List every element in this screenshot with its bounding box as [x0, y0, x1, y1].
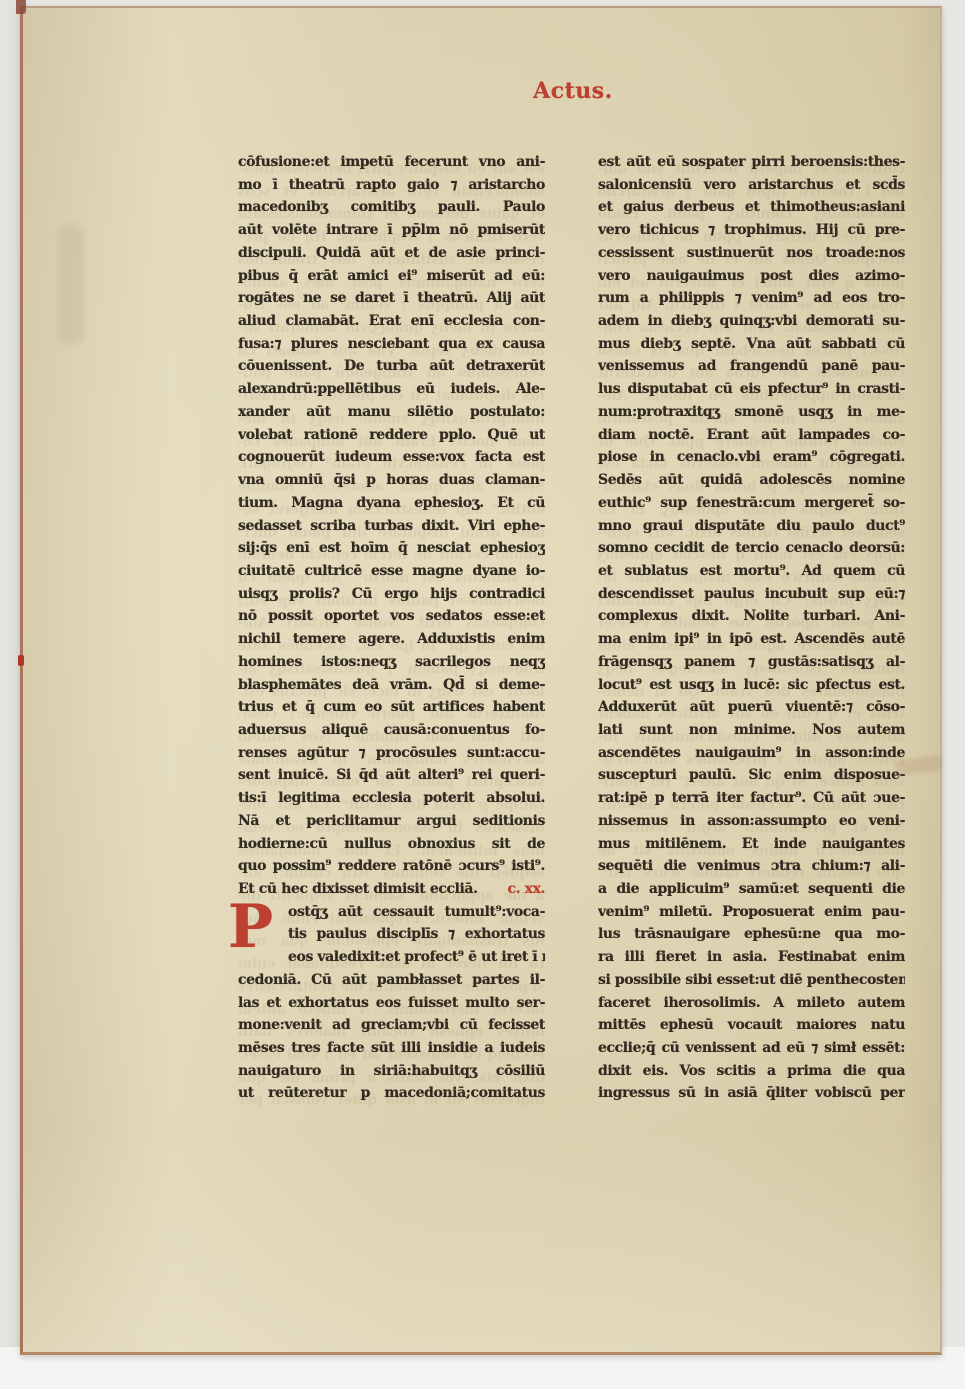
left-column-lines: cōfusione:et impetū fecerunt vno ani-mo … [238, 151, 545, 878]
text-line: lus trāsnauigare ephesū:ne qua mo- [598, 923, 905, 946]
text-line: ra illi fieret in asia. Festinabat enim [598, 946, 905, 969]
text-line: a die applicuim⁹ samū:et sequenti die [598, 878, 905, 901]
text-line: faceret iherosolimis. A mileto autem [598, 992, 905, 1015]
text-line: lati sunt non minime. Nos autem [598, 719, 905, 742]
right-text-column: est aūt eū sospater pirri beroensis:thes… [598, 151, 905, 1105]
text-line: ascendētes nauigauim⁹ in asson:inde [598, 742, 905, 765]
text-line: discipuli. Quidā aūt et de asie princi- [238, 242, 545, 265]
text-line: venim⁹ miletū. Proposuerat enim pau- [598, 901, 905, 924]
text-line: Nā et periclitamur argui seditionis [238, 810, 545, 833]
text-line: vero tichicus ⁊ trophimus. Hij cū pre- [598, 219, 905, 242]
text-line: mus mitilēnem. Et inde nauigantes [598, 833, 905, 856]
text-line: xander aūt manu silētio postulato: [238, 401, 545, 424]
text-line: si possibile sibi esset:ut diē penthecos… [598, 969, 905, 992]
text-line: quo possim⁹ reddere ratōnē ɔcurs⁹ isti⁹. [238, 855, 545, 878]
chapter-xx-paragraph: P ostq̄ʒ aūt cessauit tumult⁹:voca-tis p… [238, 901, 545, 1105]
text-line: aliud clamabāt. Erat enī ecclesia con- [238, 310, 545, 333]
running-header: Actus. [478, 78, 668, 104]
text-line: las et exhortatus eos fuisset multo ser- [238, 992, 545, 1015]
text-line: et sublatus est mortu⁹. Ad quem cū [598, 560, 905, 583]
text-line: mēses tres facte sūt illi insidie a iude… [238, 1037, 545, 1060]
text-line: mittēs ephesū vocauit maiores natu [598, 1014, 905, 1037]
text-line: adem in diebʒ quinqʒ:vbi demorati su- [598, 310, 905, 333]
text-line: descendisset paulus incubuit sup eū:⁊ [598, 583, 905, 606]
text-line: blasphemātes deā vrām. Qd̄ si deme- [238, 674, 545, 697]
text-line: sij:q̄s enī est hoīm q̄ nesciat ephesioʒ [238, 537, 545, 560]
text-line: cedoniā. Cū aūt pambłasset partes il- [238, 969, 545, 992]
scan-background-left [0, 0, 22, 1389]
text-line: suscepturi paulū. Sic enim disposue- [598, 764, 905, 787]
page-bottom-shading [23, 1132, 940, 1352]
text-line: ut reūteretur p macedoniā;comitatus [238, 1082, 545, 1105]
chapter-number-rubric: c. xx. [508, 878, 545, 901]
text-line: sedasset scriba turbas dixit. Viri ephe- [238, 515, 545, 538]
text-line: lus disputabat cū eis pfectur⁹ in crasti… [598, 378, 905, 401]
text-line: fusa:⁊ plures nesciebant qua ex causa [238, 333, 545, 356]
left-margin-bleed-smudge [58, 225, 84, 345]
text-line: ostq̄ʒ aūt cessauit tumult⁹:voca- [288, 901, 545, 924]
text-line: ciuitatē cultricē esse magne dyane io- [238, 560, 545, 583]
text-line: vna omniū q̄si p horas duas claman- [238, 469, 545, 492]
text-line: ecclie;q̄ cū venissent ad eū ⁊ simł essē… [598, 1037, 905, 1060]
top-left-edge-mark [16, 0, 26, 14]
left-edge-red-mark [18, 655, 24, 666]
text-line: mone:venit ad greciam;vbi cū fecisset [238, 1014, 545, 1037]
text-line: rat:ipē p terrā iter factur⁹. Cū aūt ɔue… [598, 787, 905, 810]
text-line: uisqʒ prolis? Cū ergo hijs contradici [238, 583, 545, 606]
text-line: volebat rationē reddere pplo. Quē ut [238, 424, 545, 447]
text-line: renses agūtur ⁊ procōsules sunt:accu- [238, 742, 545, 765]
text-line: complexus dixit. Nolite turbari. Ani- [598, 605, 905, 628]
text-line: piose in cenaclo.vbi eram⁹ cōgregati. [598, 446, 905, 469]
text-line: est aūt eū sospater pirri beroensis:thes… [598, 151, 905, 174]
text-line: cognouerūt iudeum esse:vox facta est [238, 446, 545, 469]
drop-cap-initial-p: P [228, 903, 280, 948]
text-line: aduersus aliquē causā:conuentus fo- [238, 719, 545, 742]
text-line: nauigaturo in siriā:habuitqʒ cōsiliū [238, 1060, 545, 1083]
text-line: macedonibʒ comitibʒ pauli. Paulo [238, 196, 545, 219]
text-line: homines istos:neqʒ sacrilegos neqʒ [238, 651, 545, 674]
text-line: cōuenissent. De turba aūt detraxerūt [238, 355, 545, 378]
text-line: frāgensqʒ panem ⁊ gustās:satisqʒ al- [598, 651, 905, 674]
scanned-manuscript-screenshot: est aūt eū sospater pirri beroensis:thes… [0, 0, 965, 1389]
text-line: euthic⁹ sup fenestrā:cum mergeret̄ so- [598, 492, 905, 515]
text-line: pibus q̄ erāt amici ei⁹ miserūt ad eū: [238, 265, 545, 288]
text-line: mno graui disputāte diu paulo duct⁹ [598, 515, 905, 538]
text-line: rum a philippis ⁊ venim⁹ ad eos tro- [598, 287, 905, 310]
text-line: sent inuicē. Si q̄d aūt alteri⁹ rei quer… [238, 764, 545, 787]
text-line: mus diebʒ septē. Vna aūt sabbati cū [598, 333, 905, 356]
text-line: nissemus in asson:assumpto eo veni- [598, 810, 905, 833]
text-line: alexandrū:ppellētibus eū iudeis. Ale- [238, 378, 545, 401]
text-line: Sedēs aūt quidā adolescēs nomine [598, 469, 905, 492]
text-line: locut⁹ est usqʒ in lucē: sic pfectus est… [598, 674, 905, 697]
text-line: aūt volēte intrare ī pp̄lm nō pmiserūt [238, 219, 545, 242]
text-line: trius et q̄ cum eo sūt artifices habent [238, 696, 545, 719]
text-line: somno cecidit de tercio cenaclo deorsū: [598, 537, 905, 560]
manuscript-page: est aūt eū sospater pirri beroensis:thes… [20, 6, 942, 1355]
text-line: cōfusione:et impetū fecerunt vno ani- [238, 151, 545, 174]
text-line: dixit eis. Vos scitis a prima die qua [598, 1060, 905, 1083]
text-line: tium. Magna dyana ephesioʒ. Et cū [238, 492, 545, 515]
text-line: cessissent sustinuerūt nos troade:nos [598, 242, 905, 265]
text-line: nō possit oportet vos sedatos esse:et [238, 605, 545, 628]
text-line: hodierne:cū nullus obnoxius sit de [238, 833, 545, 856]
chapter-heading-line: Et cū hec dixisset dimisit eccliā. c. xx… [238, 878, 545, 901]
text-line: tis paulus disciplīs ⁊ exhortatus [288, 923, 545, 946]
chapter-line-text: Et cū hec dixisset dimisit eccliā. [238, 878, 478, 901]
text-line: salonicensiū vero aristarchus et scd̄s [598, 174, 905, 197]
text-line: diam noctē. Erant aūt lampades co- [598, 424, 905, 447]
text-line: num:protraxitqʒ smonē usqʒ in me- [598, 401, 905, 424]
text-line: ingressus sū in asiā q̄liter vobiscū per [598, 1082, 905, 1105]
text-line: tis:ī legitima ecclesia poterit absolui. [238, 787, 545, 810]
text-line: et gaius derbeus et thimotheus:asiani [598, 196, 905, 219]
text-line: Adduxerūt aūt puerū viuentē:⁊ cōso- [598, 696, 905, 719]
text-line: sequēti die venimus ɔtra chium:⁊ ali- [598, 855, 905, 878]
text-line: ma enim ipi⁹ in ipō est. Ascendēs autē [598, 628, 905, 651]
text-line: nichil temere agere. Adduxistis enim [238, 628, 545, 651]
text-line: venissemus ad frangendū panē pau- [598, 355, 905, 378]
text-line: rogātes ne se daret ī theatrū. Alij aūt [238, 287, 545, 310]
text-line: mo ī theatrū rapto gaio ⁊ aristarcho [238, 174, 545, 197]
text-line: vero nauigauimus post dies azimo- [598, 265, 905, 288]
left-text-column: cōfusione:et impetū fecerunt vno ani-mo … [238, 151, 545, 1105]
paragraph-lines: ostq̄ʒ aūt cessauit tumult⁹:voca-tis pau… [238, 901, 545, 1105]
text-line: eos valedixit:et profect⁹ ē ut iret ī ma… [288, 946, 545, 969]
